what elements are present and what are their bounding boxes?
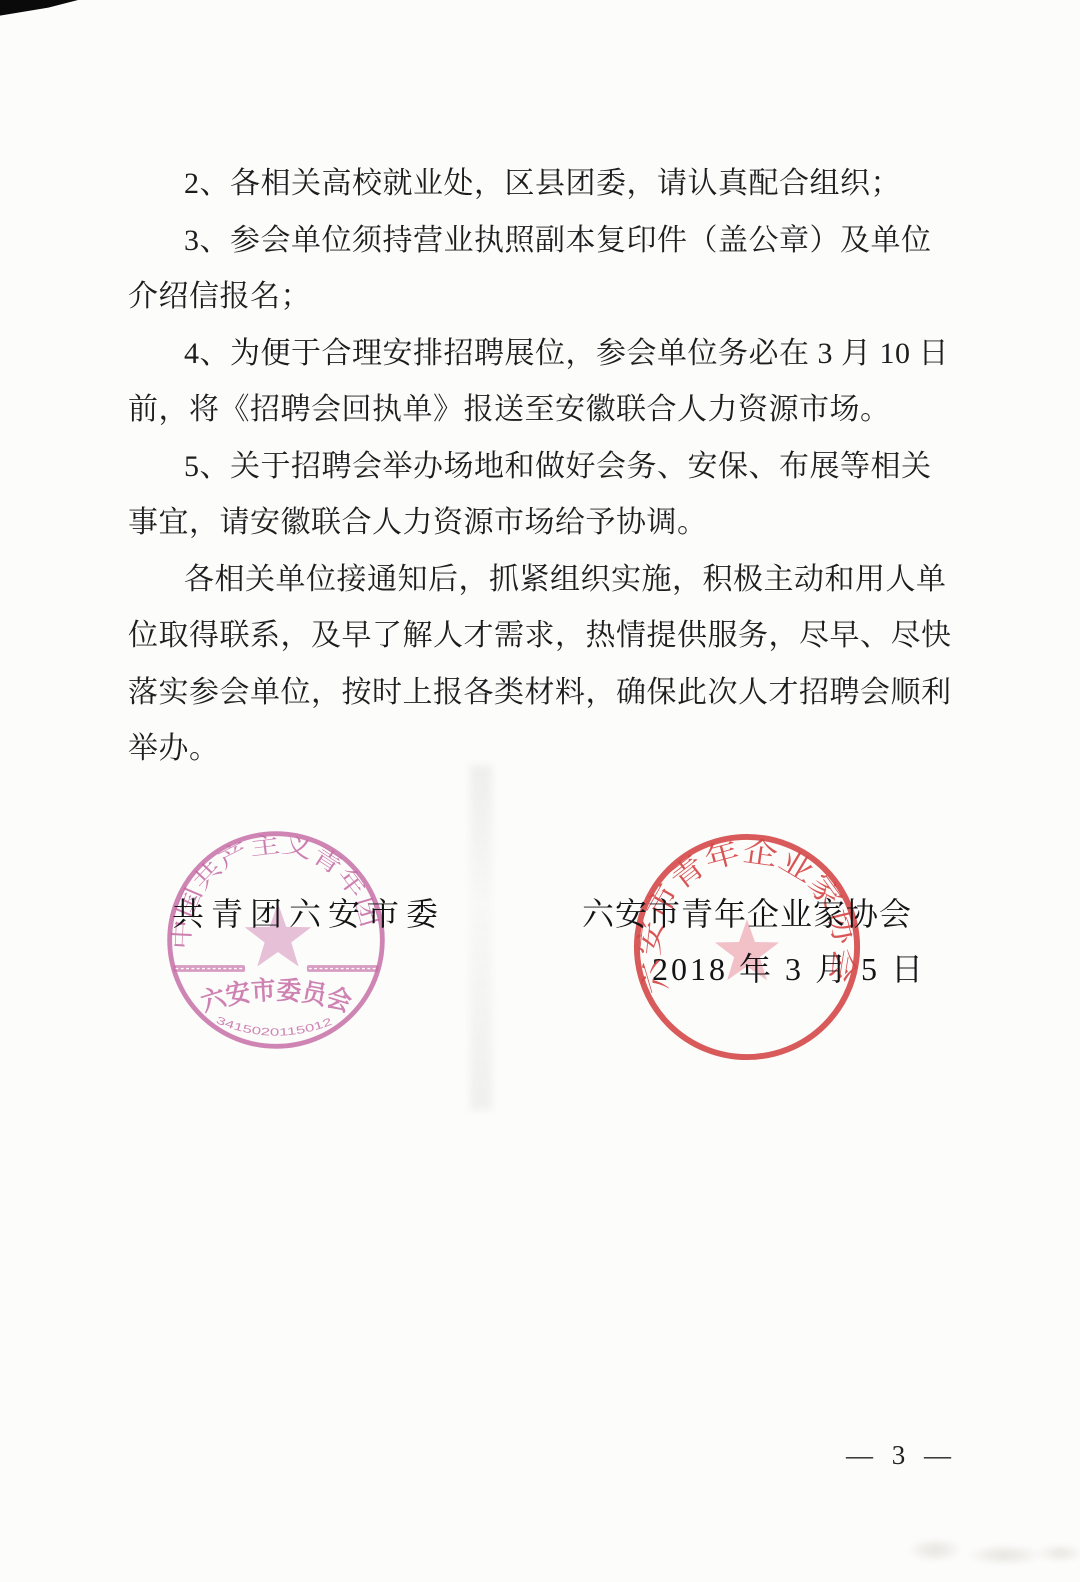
faint-watermark <box>905 1515 1080 1575</box>
text-line: 各相关单位接通知后，抓紧组织实施，积极主动和用人单 <box>128 552 960 609</box>
signature-date: 2018 年 3 月 5 日 <box>652 944 926 990</box>
text-line: 位取得联系，及早了解人才需求，热情提供服务，尽早、尽快 <box>128 608 960 665</box>
scan-streak-artifact <box>470 765 492 1110</box>
text-line: 事宜，请安徽联合人力资源市场给予协调。 <box>128 495 960 552</box>
right-signature-org: 六安市青年企业家协会 <box>582 889 912 935</box>
text-line: 落实参会单位，按时上报各类材料，确保此次人才招聘会顺利 <box>128 665 960 722</box>
cyl-luan-committee-stamp: 中国共产主义青年团 六安市委员会 3415020115012 <box>160 824 392 1056</box>
page-number: — 3 — <box>846 1440 957 1471</box>
text-line: 3、参会单位须持营业执照副本复印件（盖公章）及单位 <box>128 213 960 270</box>
left-signature-org: 共青团六安市委 <box>172 889 445 935</box>
text-line: 前，将《招聘会回执单》报送至安徽联合人力资源市场。 <box>128 382 960 439</box>
text-line: 4、为便于合理安排招聘展位，参会单位务必在 3 月 10 日 <box>128 326 960 383</box>
scanned-notice-page: 2、各相关高校就业处，区县团委，请认真配合组织；3、参会单位须持营业执照副本复印… <box>0 0 1080 1582</box>
text-line: 介绍信报名； <box>128 269 960 326</box>
text-line: 举办。 <box>128 721 960 778</box>
text-line: 2、各相关高校就业处，区县团委，请认真配合组织； <box>128 156 960 213</box>
banner-bars <box>174 965 379 972</box>
svg-text:六安市委员会: 六安市委员会 <box>197 976 354 1018</box>
document-body: 2、各相关高校就业处，区县团委，请认真配合组织；3、参会单位须持营业执照副本复印… <box>128 156 960 778</box>
stamp-org-name-text: 六安市委员会 <box>197 976 354 1018</box>
text-line: 5、关于招聘会举办场地和做好会务、安保、布展等相关 <box>128 439 960 496</box>
scan-corner-artifact <box>0 0 78 20</box>
round-seal-icon: 中国共产主义青年团 六安市委员会 3415020115012 <box>160 824 392 1056</box>
